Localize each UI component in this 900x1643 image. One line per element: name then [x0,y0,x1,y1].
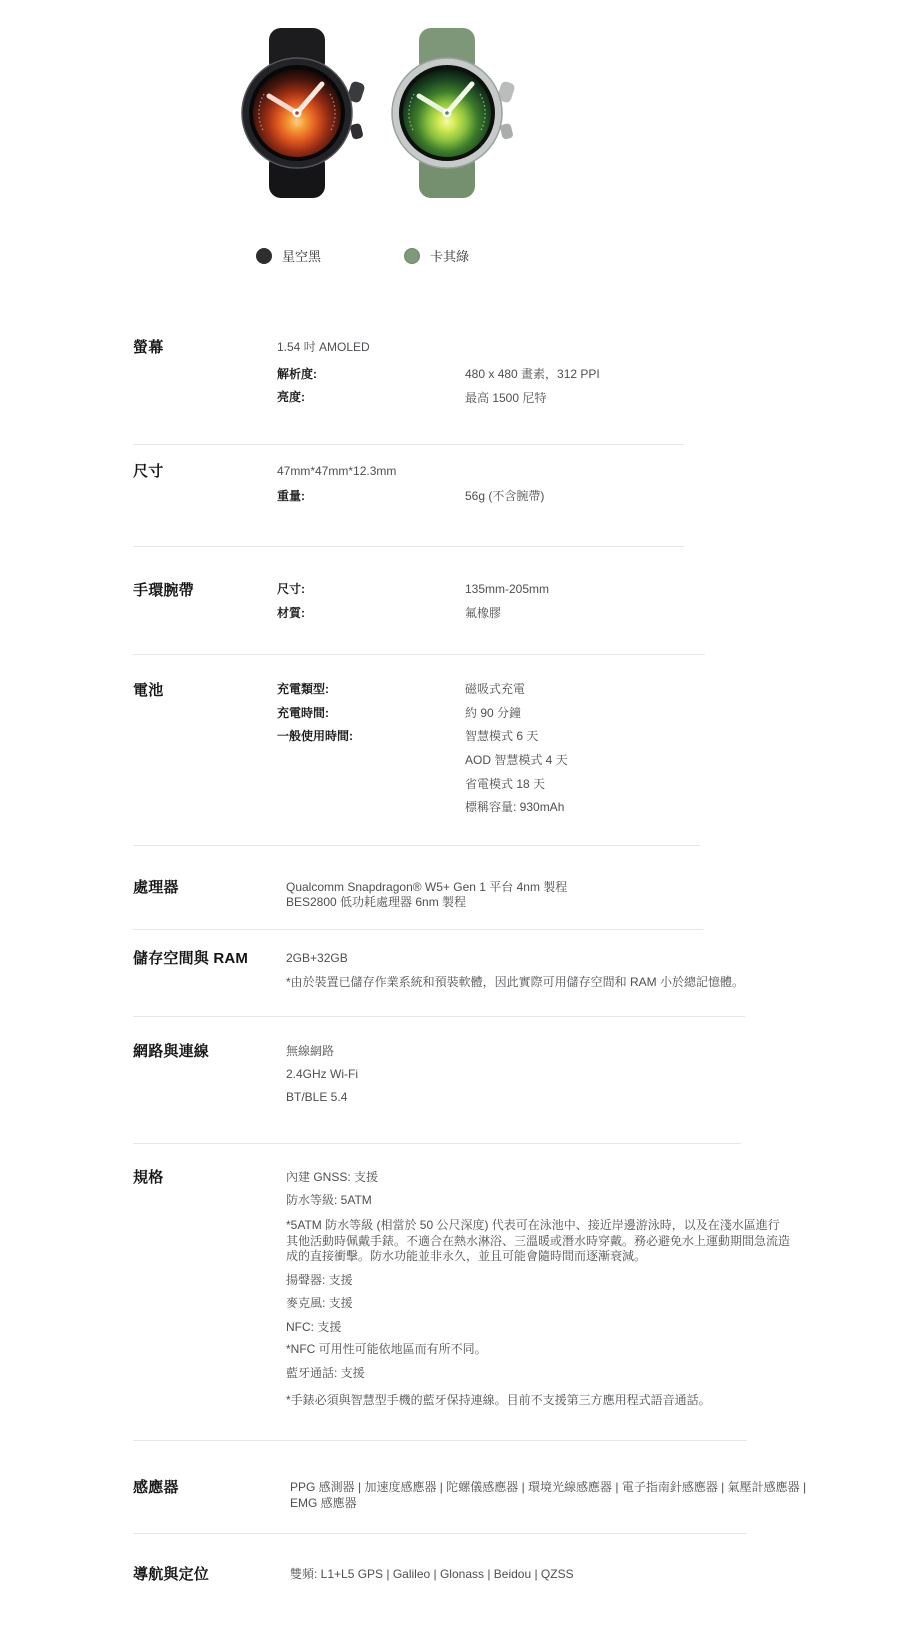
spec-value-usage-powersave: 省電模式 18 天 [465,776,545,793]
section-divider [133,845,700,846]
spec-label-strap-material: 材質: [277,605,305,622]
spec-value-brightness: 最高 1500 尼特 [465,390,546,407]
section-title-sensors: 感應器 [133,1478,179,1498]
section-title-battery: 電池 [133,681,163,701]
spec-value-charge-time: 約 90 分鐘 [465,705,521,722]
screen-intro-value: 1.54 吋 AMOLED [277,339,370,356]
spec-value-usage-aod: AOD 智慧模式 4 天 [465,752,568,769]
spec-value-weight: 56g (不含腕帶) [465,488,544,505]
water-resistance-note: *5ATM 防水等級 (相當於 50 公尺深度) 代表可在泳池中、接近岸邊游泳時… [286,1218,791,1265]
spec-value-battery-capacity: 標稱容量: 930mAh [465,799,564,816]
section-divider [133,1533,747,1534]
spec-label-strap-size: 尺寸: [277,581,305,598]
black-color-swatch-icon [256,248,272,264]
bt-call-note: *手錶必須與智慧型手機的藍牙保持連線。目前不支援第三方應用程式語音通話。 [286,1392,896,1409]
product-spec-page: 星空黑 卡其綠 螢幕 1.54 吋 AMOLED 解析度: 480 x 480 … [0,0,900,1643]
spec-value-wifi: 2.4GHz Wi-Fi [286,1066,358,1083]
spec-value-speaker: 揚聲器: 支援 [286,1272,353,1289]
color-option-label: 星空黑 [282,246,321,265]
color-option-label: 卡其綠 [430,246,469,265]
spec-label-charge-type: 充電類型: [277,681,329,698]
section-title-screen: 螢幕 [133,338,163,358]
spec-value-water-rating: 防水等級: 5ATM [286,1192,372,1209]
section-title-storage: 儲存空間與 RAM [133,949,248,969]
section-title-navigation: 導航與定位 [133,1565,209,1585]
watch-image-starry-black [222,24,372,202]
section-title-dimensions: 尺寸 [133,462,163,482]
section-divider [133,1016,745,1017]
spec-label-charge-time: 充電時間: [277,705,329,722]
section-divider [133,654,705,655]
section-title-processor: 處理器 [133,878,179,898]
dimensions-intro-value: 47mm*47mm*12.3mm [277,463,396,480]
section-divider [133,1143,741,1144]
spec-value-strap-material: 氟橡膠 [465,605,501,622]
spec-value-nfc: NFC: 支援 [286,1319,341,1336]
spec-value-navigation: 雙頻: L1+L5 GPS | Galileo | Glonass | Beid… [290,1566,574,1583]
spec-value-resolution: 480 x 480 畫素，312 PPI [465,366,600,383]
section-divider [133,929,703,930]
storage-note: *由於裝置已儲存作業系統和預裝軟體，因此實際可用儲存空間和 RAM 小於總記憶體… [286,974,886,991]
spec-label-weight: 重量: [277,488,305,505]
spec-value-bt-call: 藍牙通話: 支援 [286,1365,365,1382]
spec-value-gnss: 內建 GNSS: 支援 [286,1169,378,1186]
spec-value-processor-1: Qualcomm Snapdragon® W5+ Gen 1 平台 4nm 製程 [286,880,567,896]
spec-value-bluetooth: BT/BLE 5.4 [286,1089,347,1106]
spec-value-strap-size: 135mm-205mm [465,581,549,598]
spec-label-resolution: 解析度: [277,366,317,383]
spec-value-sensors: PPG 感測器 | 加速度感應器 | 陀螺儀感應器 | 環境光線感應器 | 電子… [290,1480,810,1511]
section-divider [133,1440,747,1441]
spec-label-brightness: 亮度: [277,389,305,406]
section-title-specs: 規格 [133,1168,163,1188]
spec-value-storage: 2GB+32GB [286,950,348,967]
nfc-note: *NFC 可用性可能依地區而有所不同。 [286,1341,487,1358]
section-title-network: 網路與連線 [133,1042,209,1062]
spec-value-wireless: 無線網路 [286,1043,334,1060]
watch-image-khaki-green [372,24,522,202]
spec-value-microphone: 麥克風: 支援 [286,1295,353,1312]
color-option-khaki-green[interactable]: 卡其綠 [404,246,469,265]
green-color-swatch-icon [404,248,420,264]
section-divider [133,546,684,547]
section-divider [133,444,684,445]
spec-value-processor-2: BES2800 低功耗處理器 6nm 製程 [286,895,466,911]
spec-value-charge-type: 磁吸式充電 [465,681,525,698]
color-option-starry-black[interactable]: 星空黑 [256,246,321,265]
spec-label-usage-time: 一般使用時間: [277,728,353,745]
spec-value-usage-smart: 智慧模式 6 天 [465,728,538,745]
section-title-strap: 手環腕帶 [133,581,194,601]
